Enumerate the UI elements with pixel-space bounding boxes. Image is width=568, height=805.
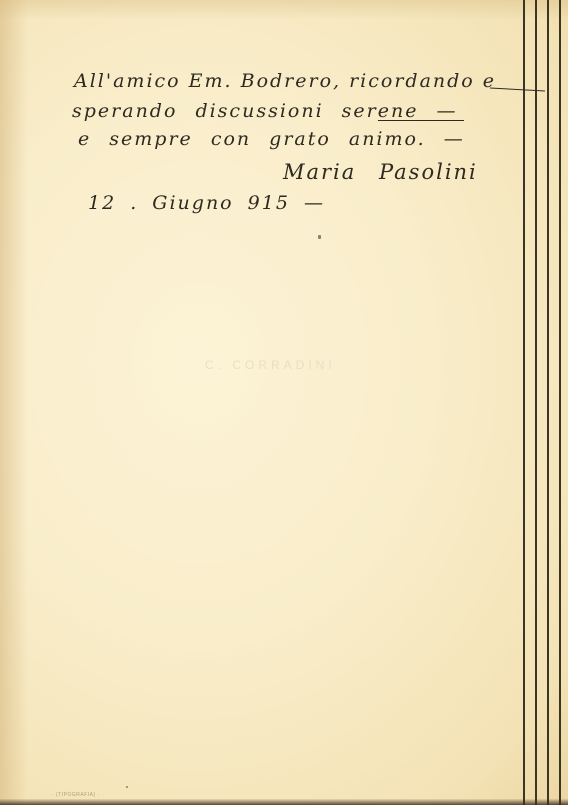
dedication-line-3: e sempre con grato animo. — xyxy=(78,128,465,150)
rule-line-1 xyxy=(523,0,525,805)
document-page: All'amico Em. Bodrero, ricordando e sper… xyxy=(0,0,568,805)
left-edge-shadow xyxy=(0,0,28,805)
signature: Maria Pasolini xyxy=(283,160,478,184)
bottom-imprint: · (TIPOGRAFIA) · xyxy=(52,792,100,798)
faded-stamp: C. CORRADINI xyxy=(205,358,336,372)
ink-dot-bottom xyxy=(126,786,128,788)
rule-line-4 xyxy=(559,0,561,805)
ink-dot xyxy=(318,235,321,239)
dedication-line-2: sperando discussioni serene — xyxy=(72,100,458,122)
bottom-edge-shadow xyxy=(0,799,568,805)
dedication-line-1: All'amico Em. Bodrero, ricordando e xyxy=(74,70,496,92)
underline-serene xyxy=(378,120,464,121)
flourish-line xyxy=(490,88,545,92)
rule-line-2 xyxy=(535,0,537,805)
top-edge-shadow xyxy=(0,0,568,20)
date: 12 . Giugno 915 — xyxy=(88,192,325,214)
rule-line-3 xyxy=(547,0,549,805)
